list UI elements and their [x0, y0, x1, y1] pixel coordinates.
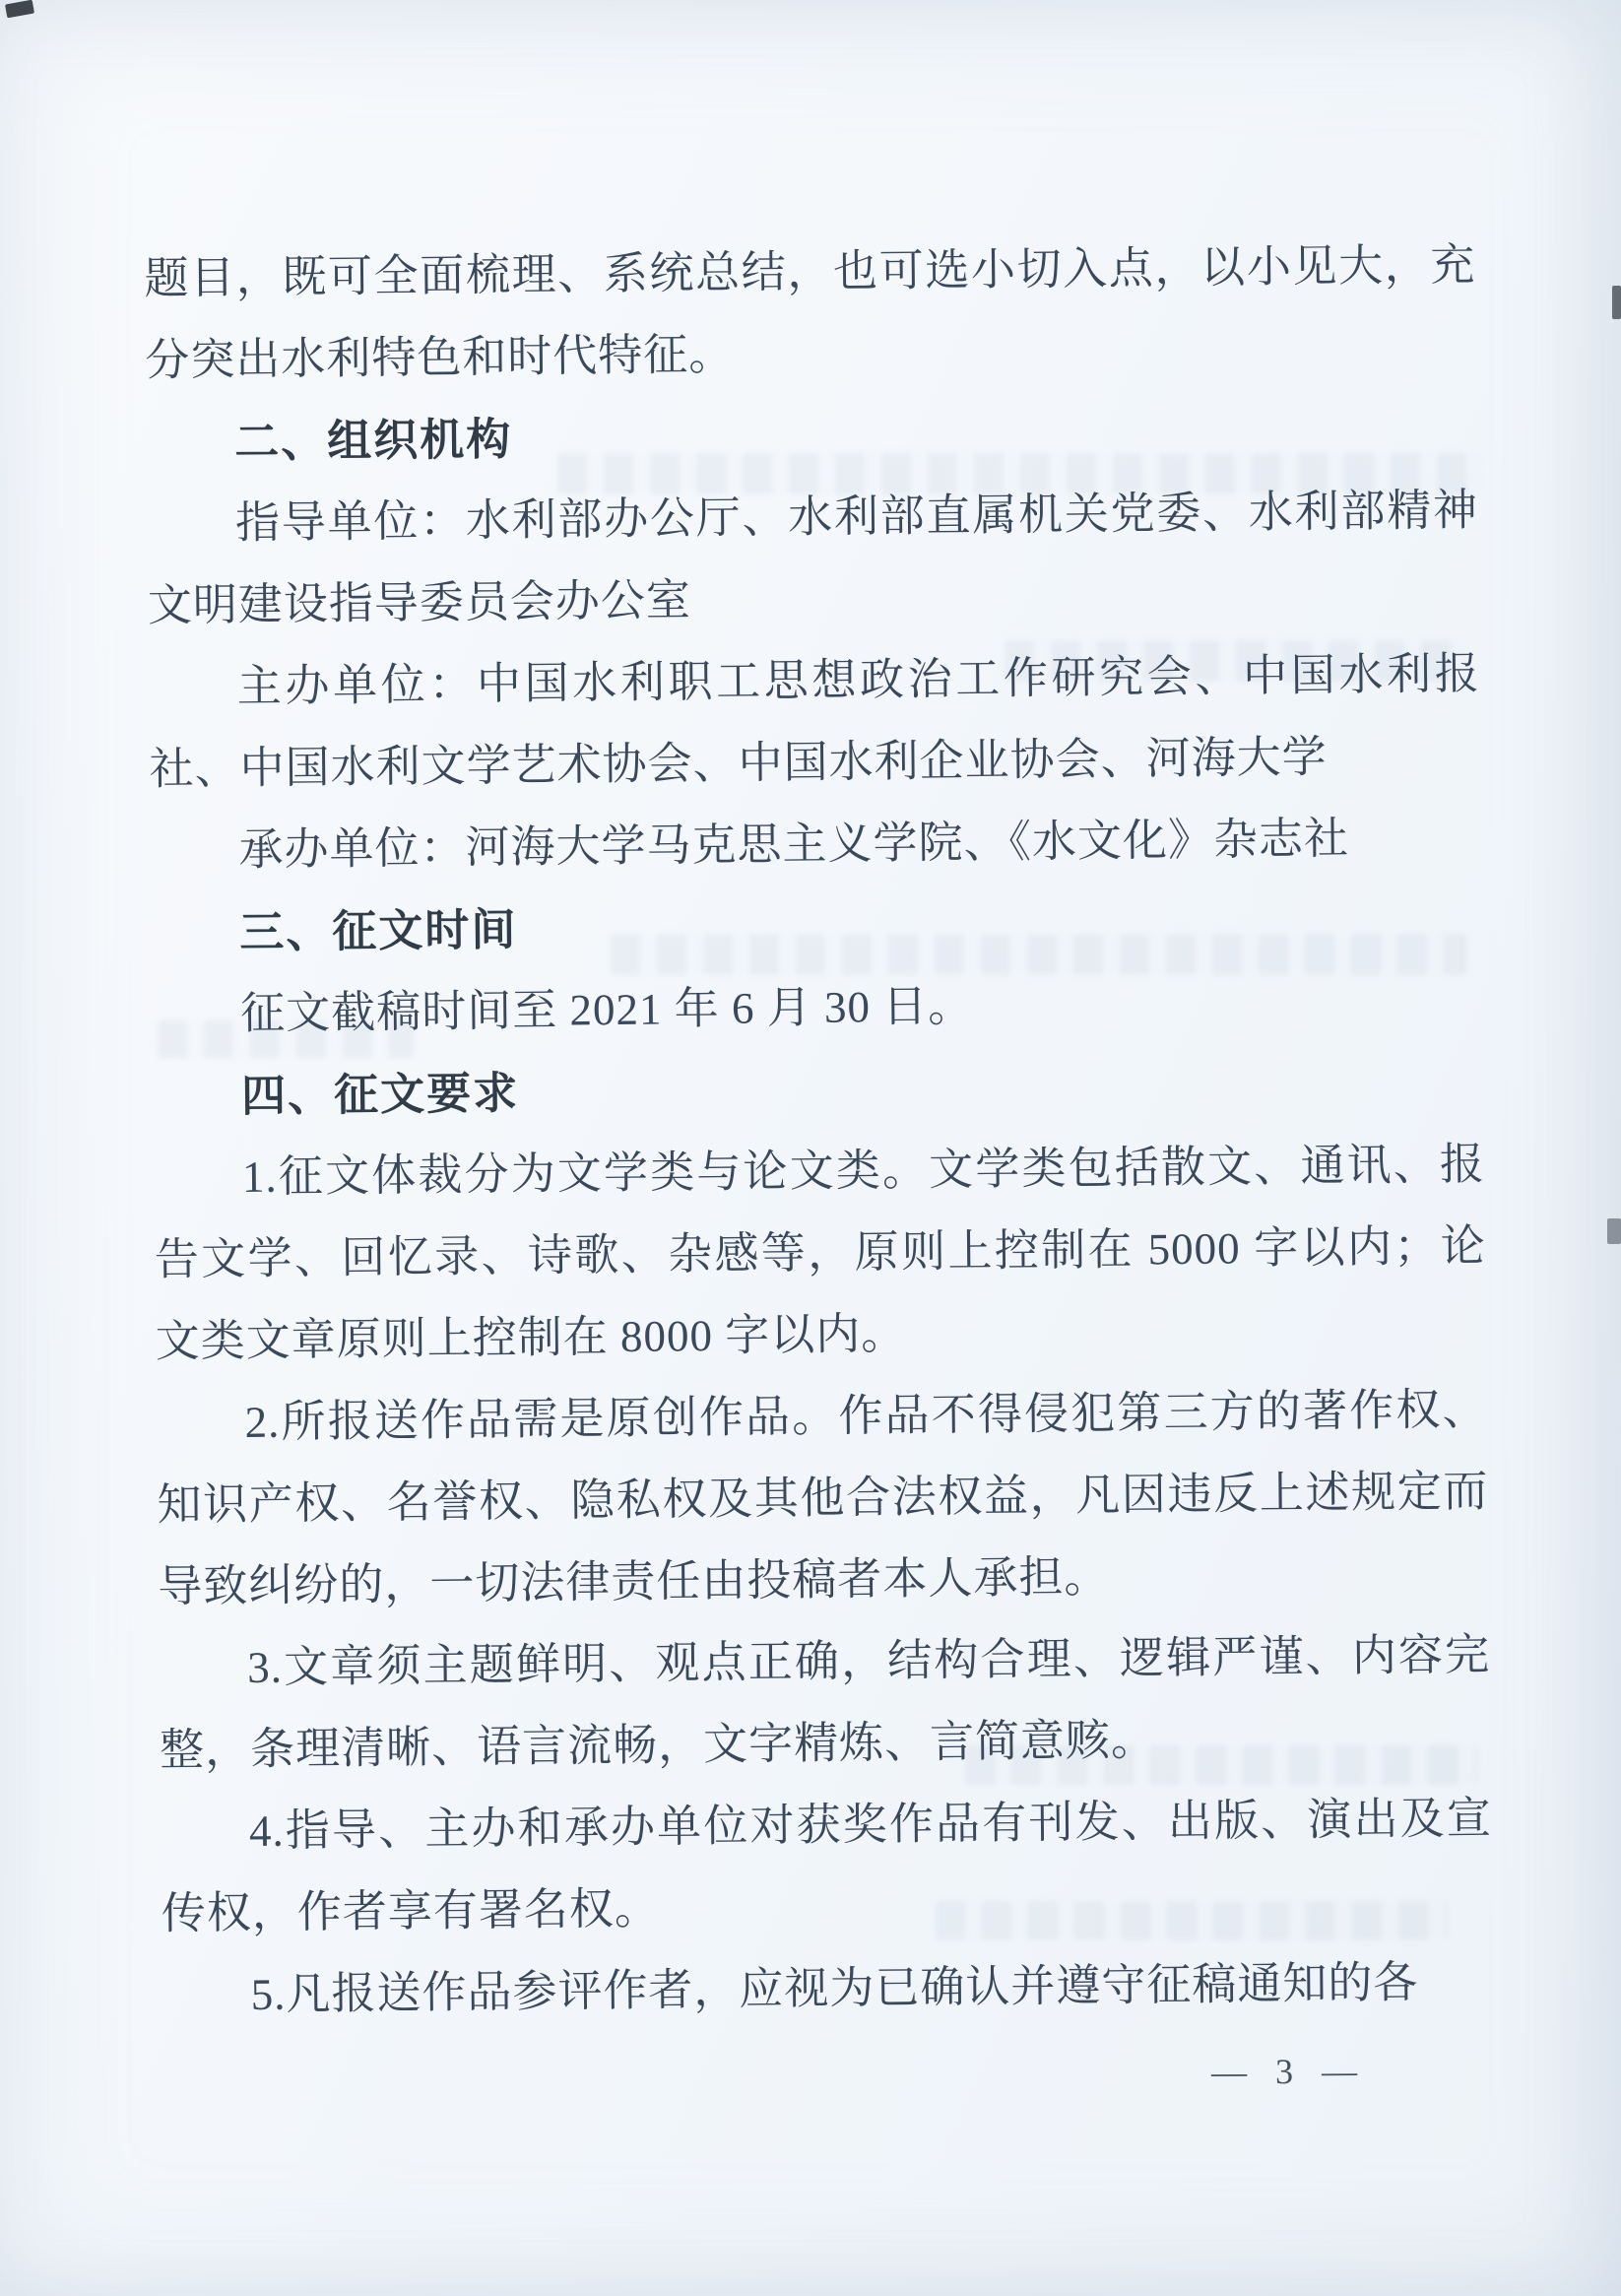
paragraph-host-units: 主办单位：中国水利职工思想政治工作研究会、中国水利报社、中国水利文学艺术协会、中… — [148, 633, 1481, 811]
heading-requirements: 四、征文要求 — [153, 1042, 1485, 1138]
paragraph-requirement-1: 1.征文体裁分为文学类与论文类。文学类包括散文、通讯、报告文学、回忆录、诗歌、杂… — [154, 1124, 1488, 1383]
paragraph-requirement-3: 3.文章须主题鲜明、观点正确，结构合理、逻辑严谨、内容完整，条理清晰、语言流畅，… — [159, 1614, 1492, 1792]
scan-speck — [5, 0, 34, 18]
scan-speck — [1612, 286, 1621, 319]
document-body: 题目，既可全面梳理、系统总结，也可选小切入点，以小见大，充分突出水利特色和时代特… — [144, 225, 1494, 2037]
heading-organization: 二、组织机构 — [146, 388, 1478, 484]
paragraph-organizer-units: 承办单位：河海大学马克思主义学院、《水文化》杂志社 — [150, 797, 1482, 892]
paragraph-guiding-units: 指导单位：水利部办公厅、水利部直属机关党委、水利部精神文明建设指导委员会办公室 — [147, 470, 1480, 647]
heading-deadline: 三、征文时间 — [151, 879, 1483, 974]
scanned-document-page: 题目，既可全面梳理、系统总结，也可选小切入点，以小见大，充分突出水利特色和时代特… — [0, 0, 1621, 2296]
scan-speck — [1607, 1218, 1621, 1244]
paragraph-requirement-5: 5.凡报送作品参评作者，应视为已确认并遵守征稿通知的各 — [162, 1941, 1494, 2037]
paragraph-requirement-4: 4.指导、主办和承办单位对获奖作品有刊发、出版、演出及宣传权，作者享有署名权。 — [161, 1778, 1494, 1955]
paragraph-deadline: 征文截稿时间至 2021 年 6 月 30 日。 — [152, 960, 1484, 1056]
paragraph-requirement-2: 2.所报送作品需是原创作品。作品不得侵犯第三方的著作权、知识产权、名誉权、隐私权… — [156, 1369, 1490, 1628]
paragraph-continuation: 题目，既可全面梳理、系统总结，也可选小切入点，以小见大，充分突出水利特色和时代特… — [144, 225, 1477, 402]
page-number: — 3 — — [1211, 2050, 1367, 2092]
